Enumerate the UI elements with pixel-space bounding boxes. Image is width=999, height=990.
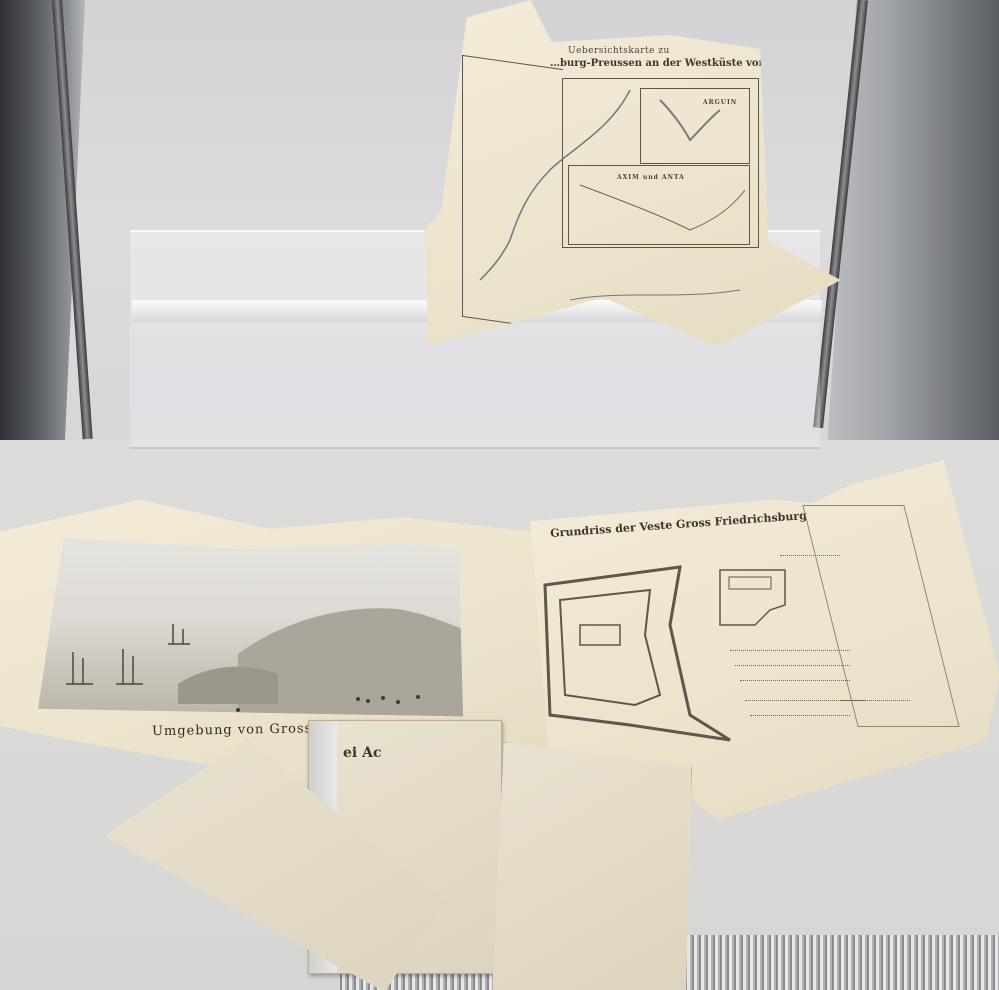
- loose-card-right: [492, 742, 692, 990]
- border-frame: [802, 505, 959, 727]
- handwritten-note: [735, 665, 850, 666]
- handwritten-note: [730, 650, 850, 651]
- foil-surface: [650, 935, 999, 990]
- ships-and-hills-drawing: [38, 534, 463, 724]
- card-partial-text: ei Ac: [343, 745, 382, 761]
- coastal-panorama-drawing: [38, 534, 463, 724]
- handwritten-note: [750, 715, 850, 716]
- handwritten-note: [740, 680, 850, 681]
- photo-scene: Uebersichtskarte zu …burg-Preussen an de…: [0, 0, 999, 990]
- outbuilding-plan-drawing: [715, 565, 795, 635]
